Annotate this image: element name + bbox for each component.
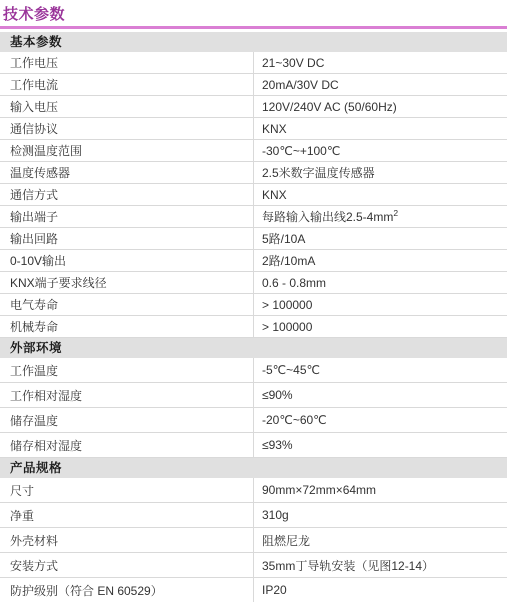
table-row: 温度传感器2.5米数字温度传感器	[0, 162, 507, 184]
table-row: 安装方式35mm丁导轨安装（见图12-14）	[0, 553, 507, 578]
param-value-text: 35mm丁导轨安装（见图12-14）	[262, 557, 434, 574]
table-row: 工作电压21~30V DC	[0, 52, 507, 74]
table-row: 工作相对湿度≤90%	[0, 383, 507, 408]
param-value-text: > 100000	[262, 320, 312, 334]
param-label: 储存相对湿度	[0, 433, 254, 457]
param-label: 工作电压	[0, 52, 254, 73]
param-value: ≤90%	[254, 383, 507, 407]
param-value-text: KNX	[262, 188, 287, 202]
param-value: 21~30V DC	[254, 52, 507, 73]
param-value-text: -5℃~45℃	[262, 363, 320, 377]
param-value: 5路/10A	[254, 228, 507, 249]
param-value: 120V/240V AC (50/60Hz)	[254, 96, 507, 117]
table-row: 通信方式KNX	[0, 184, 507, 206]
param-value-text: 21~30V DC	[262, 56, 324, 70]
param-value: -30℃~+100℃	[254, 140, 507, 161]
param-value-text: IP20	[262, 583, 287, 597]
table-row: 输出回路5路/10A	[0, 228, 507, 250]
param-label: 防护级别（符合 EN 60529）	[0, 578, 254, 602]
param-label: 储存温度	[0, 408, 254, 432]
section-header: 基本参数	[0, 32, 507, 52]
param-label: KNX端子要求线径	[0, 272, 254, 293]
table-row: 储存温度-20℃~60℃	[0, 408, 507, 433]
param-value-text: -30℃~+100℃	[262, 144, 340, 158]
param-value: IP20	[254, 578, 507, 602]
param-label: 输出回路	[0, 228, 254, 249]
param-label: 安装方式	[0, 553, 254, 577]
table-row: 储存相对湿度≤93%	[0, 433, 507, 458]
page-title: 技术参数	[0, 0, 511, 26]
section-header: 外部环境	[0, 338, 507, 358]
param-label: 工作温度	[0, 358, 254, 382]
section-header: 产品规格	[0, 458, 507, 478]
table-row: 防护级别（符合 EN 60529）IP20	[0, 578, 507, 602]
table-row: 通信协议KNX	[0, 118, 507, 140]
param-value-text: 90mm×72mm×64mm	[262, 483, 376, 497]
param-label: 通信协议	[0, 118, 254, 139]
param-label: 外壳材料	[0, 528, 254, 552]
param-value-superscript: 2	[393, 209, 398, 218]
param-value: 90mm×72mm×64mm	[254, 478, 507, 502]
table-row: 工作电流20mA/30V DC	[0, 74, 507, 96]
param-value-text: > 100000	[262, 298, 312, 312]
table-row: 检测温度范围-30℃~+100℃	[0, 140, 507, 162]
table-row: 尺寸90mm×72mm×64mm	[0, 478, 507, 503]
param-label: 净重	[0, 503, 254, 527]
param-value-text: -20℃~60℃	[262, 413, 327, 427]
table-row: 输入电压120V/240V AC (50/60Hz)	[0, 96, 507, 118]
param-label: 工作相对湿度	[0, 383, 254, 407]
param-label: 电气寿命	[0, 294, 254, 315]
table-row: KNX端子要求线径0.6 - 0.8mm	[0, 272, 507, 294]
param-value: 20mA/30V DC	[254, 74, 507, 95]
title-underline	[0, 26, 507, 29]
param-value-text: 阻燃尼龙	[262, 532, 310, 549]
param-value-text: 2路/10mA	[262, 252, 315, 269]
param-label: 0-10V输出	[0, 250, 254, 271]
param-value: 2路/10mA	[254, 250, 507, 271]
param-value-text: KNX	[262, 122, 287, 136]
table-row: 0-10V输出2路/10mA	[0, 250, 507, 272]
param-value-text: ≤90%	[262, 388, 293, 402]
param-value: 阻燃尼龙	[254, 528, 507, 552]
param-label: 工作电流	[0, 74, 254, 95]
param-label: 输入电压	[0, 96, 254, 117]
param-label: 通信方式	[0, 184, 254, 205]
table-row: 外壳材料阻燃尼龙	[0, 528, 507, 553]
param-value: 310g	[254, 503, 507, 527]
param-value: -5℃~45℃	[254, 358, 507, 382]
param-value: > 100000	[254, 316, 507, 337]
table-row: 工作温度-5℃~45℃	[0, 358, 507, 383]
param-value-text: ≤93%	[262, 438, 293, 452]
param-value: 0.6 - 0.8mm	[254, 272, 507, 293]
param-value: 2.5米数字温度传感器	[254, 162, 507, 183]
table-row: 净重310g	[0, 503, 507, 528]
param-value: 每路输入输出线2.5-4mm2	[254, 206, 507, 227]
param-label: 检测温度范围	[0, 140, 254, 161]
param-label: 机械寿命	[0, 316, 254, 337]
param-value: KNX	[254, 118, 507, 139]
param-value-text: 每路输入输出线2.5-4mm	[262, 208, 393, 225]
param-label: 输出端子	[0, 206, 254, 227]
param-value: 35mm丁导轨安装（见图12-14）	[254, 553, 507, 577]
param-value: > 100000	[254, 294, 507, 315]
param-value-text: 2.5米数字温度传感器	[262, 164, 375, 181]
param-label: 尺寸	[0, 478, 254, 502]
param-value: ≤93%	[254, 433, 507, 457]
param-value-text: 120V/240V AC (50/60Hz)	[262, 100, 397, 114]
table-row: 电气寿命> 100000	[0, 294, 507, 316]
param-value-text: 310g	[262, 508, 289, 522]
spec-table: 基本参数工作电压21~30V DC工作电流20mA/30V DC输入电压120V…	[0, 32, 507, 602]
table-row: 机械寿命> 100000	[0, 316, 507, 338]
param-value-text: 5路/10A	[262, 230, 305, 247]
param-value-text: 0.6 - 0.8mm	[262, 276, 326, 290]
param-value-text: 20mA/30V DC	[262, 78, 339, 92]
param-label: 温度传感器	[0, 162, 254, 183]
param-value: -20℃~60℃	[254, 408, 507, 432]
param-value: KNX	[254, 184, 507, 205]
table-row: 输出端子每路输入输出线2.5-4mm2	[0, 206, 507, 228]
spec-page: 技术参数 基本参数工作电压21~30V DC工作电流20mA/30V DC输入电…	[0, 0, 511, 607]
